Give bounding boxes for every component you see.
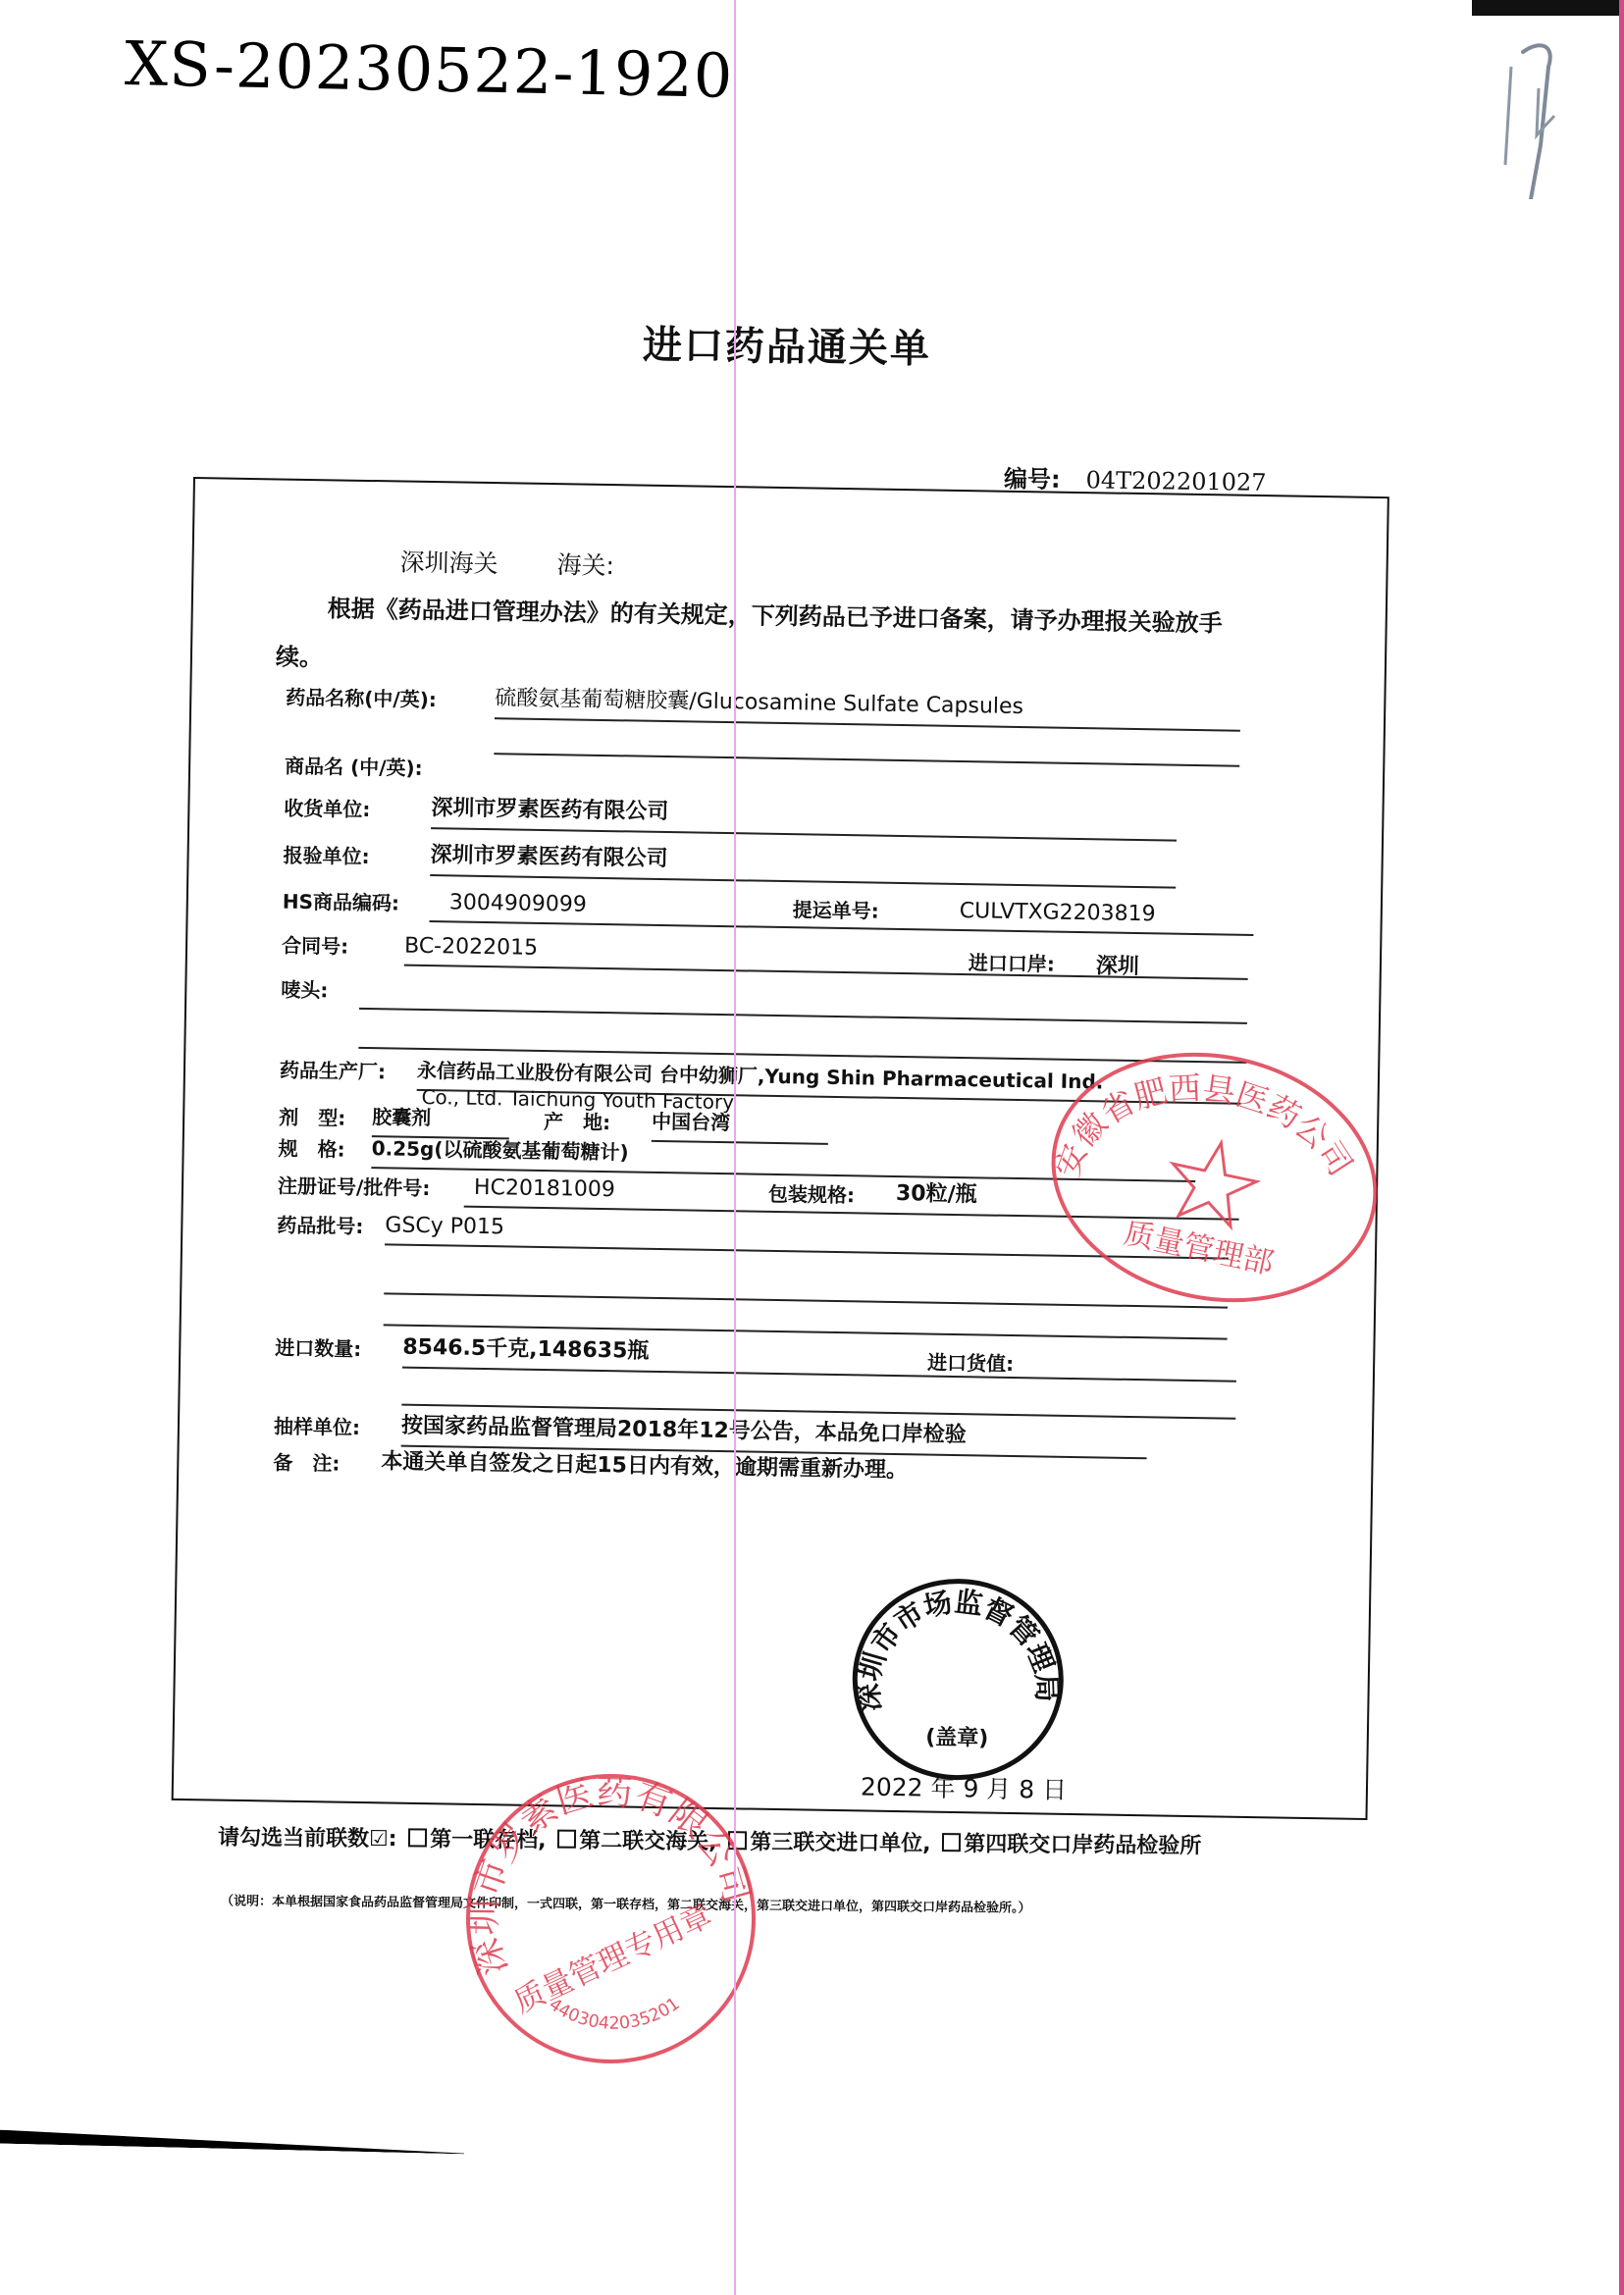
- scan-right-edge: [1619, 0, 1624, 2295]
- addressee-customs: 深圳海关: [399, 548, 498, 579]
- field-value: 深圳市罗素医药有限公司: [431, 791, 668, 825]
- handwritten-signature: [1501, 27, 1570, 199]
- copy-option-4[interactable]: 第四联交口岸药品检验所: [942, 1832, 1201, 1858]
- serial-label: 编号:: [1004, 465, 1061, 494]
- field-value: HC20181009: [474, 1175, 615, 1202]
- field-value: GSCy P015: [385, 1213, 504, 1239]
- bill-of-lading-value: CULVTXG2203819: [960, 899, 1156, 926]
- checkbox[interactable]: [942, 1833, 961, 1852]
- sign-date: 2022 年 9 月 8 日: [861, 1767, 1068, 1805]
- field-value: BC-2022015: [404, 934, 538, 961]
- field-label: HS商品编码:: [283, 886, 400, 916]
- svg-text:质量管理部: 质量管理部: [1121, 1216, 1277, 1281]
- field-value: 3004909099: [449, 890, 587, 916]
- package-spec-value: 30粒/瓶: [896, 1176, 977, 1208]
- copy-option-3[interactable]: 第三联交进口单位,: [728, 1830, 931, 1856]
- addressee: 深圳海关海关:: [399, 544, 614, 583]
- official-seal: 深圳市市场监督管理局 (盖章): [851, 1577, 1065, 1782]
- company-quality-stamp: 深圳市罗素医药有限公司 质量管理专用章 4403042035201: [466, 1774, 756, 2063]
- page-title: 进口药品通关单: [643, 314, 932, 374]
- field-label: 合同号:: [282, 930, 348, 960]
- svg-text:深圳市市场监督管理局: 深圳市市场监督管理局: [856, 1584, 1060, 1716]
- scan-edge-band: [1472, 0, 1624, 16]
- field-label: 报验单位:: [283, 840, 369, 869]
- field-value: 本通关单自签发之日起15日内有效，逾期需重新办理。: [381, 1444, 908, 1484]
- bill-of-lading-label: 提运单号:: [793, 894, 879, 923]
- scan-artifact-line: [734, 0, 736, 2295]
- package-spec-label: 包装规格:: [768, 1178, 855, 1208]
- field-label: 唛头:: [281, 974, 328, 1004]
- field-label: 备 注:: [273, 1446, 340, 1476]
- checkbox[interactable]: [408, 1828, 427, 1847]
- field-label: 药品批号:: [277, 1210, 363, 1239]
- field-label: 商品名 (中/英):: [285, 751, 423, 781]
- seal-center-text: (盖章): [857, 1719, 1058, 1752]
- document-id: XS-20230522-1920: [124, 27, 734, 112]
- copy-prompt: 请勾选当前联数☑:: [218, 1826, 397, 1852]
- addressee-suffix: 海关:: [556, 550, 614, 580]
- field-label: 收货单位:: [284, 793, 370, 822]
- stamp-ring-text: 深圳市罗素医药有限公司 质量管理专用章 4403042035201: [470, 1778, 752, 2060]
- scan-bottom-wedge: [0, 2130, 464, 2155]
- svg-text:质量管理专用章: 质量管理专用章: [508, 1898, 717, 2020]
- field-value: 深圳市罗素医药有限公司: [430, 838, 667, 872]
